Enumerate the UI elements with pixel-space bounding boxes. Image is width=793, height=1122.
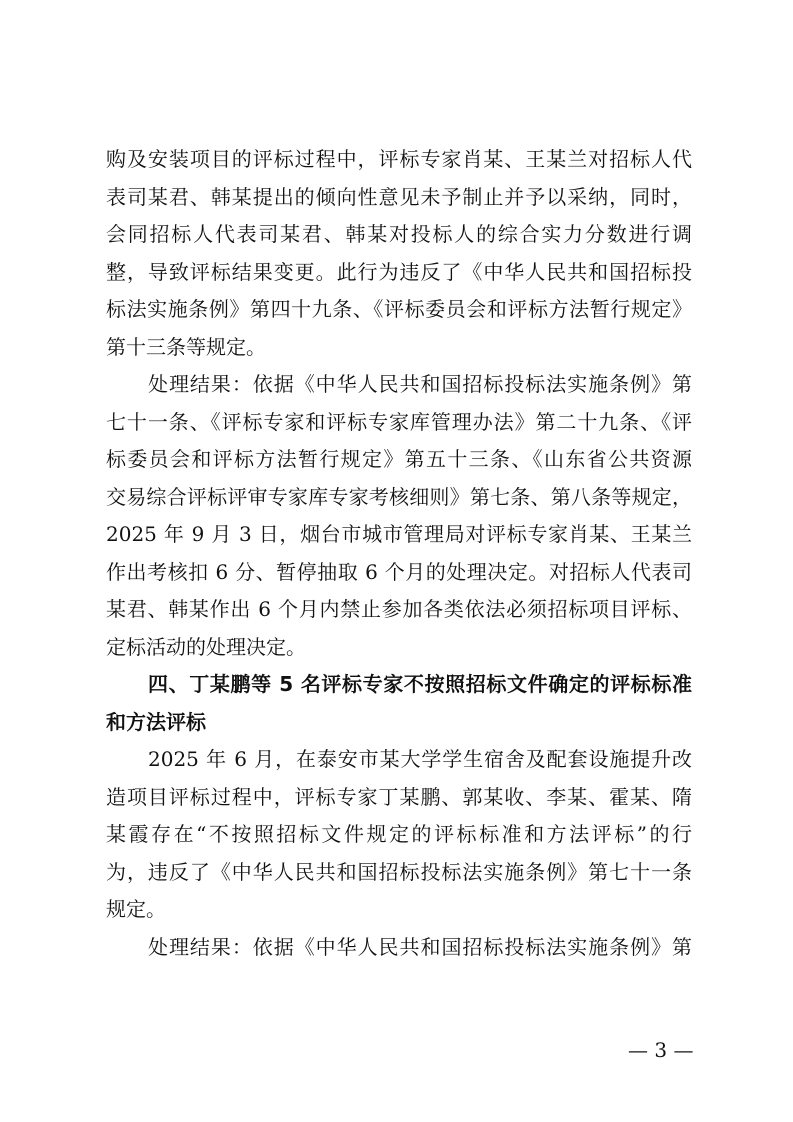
text-line: 作出考核扣 6 分、暂停抽取 6 个月的处理决定。对招标人代表司 <box>106 554 692 592</box>
document-body: 购及安装项目的评标过程中，评标专家肖某、王某兰对招标人代 表司某君、韩某提出的倾… <box>106 141 692 966</box>
text-line: 交易综合评标评审专家库专家考核细则》第七条、第八条等规定， <box>106 479 692 517</box>
text-line: 第十三条等规定。 <box>106 329 692 367</box>
paragraph-handling-result-1: 处理结果：依据《中华人民共和国招标投标法实施条例》第 七十一条、《评标专家和评标… <box>106 366 692 666</box>
page-number: — 3 — <box>628 1038 693 1062</box>
text-line: 购及安装项目的评标过程中，评标专家肖某、王某兰对招标人代 <box>106 141 692 179</box>
paragraph-violation-description-2: 2025 年 6 月，在泰安市某大学学生宿舍及配套设施提升改 造项目评标过程中，… <box>106 741 692 929</box>
heading-line: 四、丁某鹏等 5 名评标专家不按照招标文件确定的评标标准 <box>106 666 692 704</box>
document-page: 购及安装项目的评标过程中，评标专家肖某、王某兰对招标人代 表司某君、韩某提出的倾… <box>0 0 793 1122</box>
text-line: 处理结果：依据《中华人民共和国招标投标法实施条例》第 <box>106 929 692 967</box>
heading-line: 和方法评标 <box>106 704 692 742</box>
text-line: 七十一条、《评标专家和评标专家库管理办法》第二十九条、《评 <box>106 404 692 442</box>
text-line: 2025 年 9 月 3 日，烟台市城市管理局对评标专家肖某、王某兰 <box>106 516 692 554</box>
text-line: 整，导致评标结果变更。此行为违反了《中华人民共和国招标投 <box>106 254 692 292</box>
section-heading-4: 四、丁某鹏等 5 名评标专家不按照招标文件确定的评标标准 和方法评标 <box>106 666 692 741</box>
text-line: 定标活动的处理决定。 <box>106 629 692 667</box>
text-line: 规定。 <box>106 891 692 929</box>
text-line: 2025 年 6 月，在泰安市某大学学生宿舍及配套设施提升改 <box>106 741 692 779</box>
text-line: 表司某君、韩某提出的倾向性意见未予制止并予以采纳，同时， <box>106 179 692 217</box>
text-line: 标法实施条例》第四十九条、《评标委员会和评标方法暂行规定》 <box>106 291 692 329</box>
text-line: 某霞存在“不按照招标文件规定的评标标准和方法评标”的行 <box>106 816 692 854</box>
text-line: 某君、韩某作出 6 个月内禁止参加各类依法必须招标项目评标、 <box>106 591 692 629</box>
text-line: 为，违反了《中华人民共和国招标投标法实施条例》第七十一条 <box>106 854 692 892</box>
text-line: 标委员会和评标方法暂行规定》第五十三条、《山东省公共资源 <box>106 441 692 479</box>
text-line: 处理结果：依据《中华人民共和国招标投标法实施条例》第 <box>106 366 692 404</box>
paragraph-handling-result-2: 处理结果：依据《中华人民共和国招标投标法实施条例》第 <box>106 929 692 967</box>
paragraph-violation-description-1: 购及安装项目的评标过程中，评标专家肖某、王某兰对招标人代 表司某君、韩某提出的倾… <box>106 141 692 366</box>
text-line: 会同招标人代表司某君、韩某对投标人的综合实力分数进行调 <box>106 216 692 254</box>
text-line: 造项目评标过程中，评标专家丁某鹏、郭某收、李某、霍某、隋 <box>106 779 692 817</box>
